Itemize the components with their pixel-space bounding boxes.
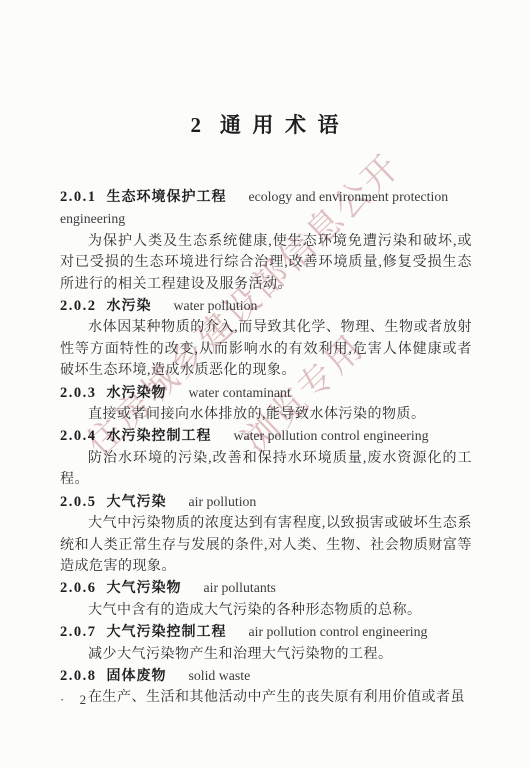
term-english: solid waste	[189, 668, 251, 683]
term-chinese: 水污染控制工程	[107, 427, 212, 443]
term-english: air pollutants	[204, 580, 276, 595]
terms-body: 2.0.1生态环境保护工程ecology and environment pro…	[60, 186, 472, 709]
chapter-number: 2	[190, 113, 201, 137]
term-section-2-0-4: 2.0.4水污染控制工程water pollution control engi…	[60, 425, 472, 490]
term-definition: 为保护人类及生态系统健康,使生态环境免遭污染和破坏,或对已受损的生态环境进行综合…	[60, 231, 472, 295]
term-definition: 直接或者间接向水体排放的,能导致水体污染的物质。	[60, 404, 472, 425]
term-heading: 2.0.8固体废物solid waste	[60, 665, 472, 687]
term-number: 2.0.3	[60, 385, 97, 401]
term-definition: 减少大气污染物产生和治理大气污染物的工程。	[60, 644, 472, 665]
term-heading: 2.0.2水污染water pollution	[60, 295, 472, 317]
term-chinese: 水污染	[107, 297, 152, 313]
term-english: air pollution control engineering	[249, 624, 428, 639]
term-heading: 2.0.4水污染控制工程water pollution control engi…	[60, 425, 472, 447]
term-english: water contaminant	[189, 385, 291, 400]
term-number: 2.0.8	[60, 668, 97, 684]
term-heading: 2.0.5大气污染air pollution	[60, 491, 472, 513]
term-chinese: 固体废物	[107, 667, 167, 683]
term-definition: 大气中污染物质的浓度达到有害程度,以致损害或破坏生态系统和人类正常生存与发展的条…	[60, 513, 472, 577]
term-section-2-0-3: 2.0.3水污染物water contaminant 直接或者间接向水体排放的,…	[60, 382, 472, 426]
term-english: air pollution	[189, 494, 257, 509]
term-section-2-0-7: 2.0.7大气污染控制工程air pollution control engin…	[60, 621, 472, 665]
term-section-2-0-6: 2.0.6大气污染物air pollutants 大气中含有的造成大气污染的各种…	[60, 577, 472, 621]
term-number: 2.0.5	[60, 494, 97, 510]
term-section-2-0-2: 2.0.2水污染water pollution 水体因某种物质的介入,而导致其化…	[60, 295, 472, 382]
term-english: water pollution	[174, 298, 258, 313]
term-chinese: 大气污染控制工程	[107, 623, 227, 639]
term-definition: 水体因某种物质的介入,而导致其化学、物理、生物或者放射性等方面特性的改变,从而影…	[60, 317, 472, 381]
term-chinese: 大气污染物	[107, 579, 182, 595]
term-number: 2.0.2	[60, 298, 97, 314]
term-section-2-0-8: 2.0.8固体废物solid waste 在生产、生活和其他活动中产生的丧失原有…	[60, 665, 472, 709]
term-chinese: 水污染物	[107, 384, 167, 400]
term-number: 2.0.7	[60, 624, 97, 640]
term-definition: 在生产、生活和其他活动中产生的丧失原有利用价值或者虽	[60, 687, 472, 708]
term-heading: 2.0.1生态环境保护工程ecology and environment pro…	[60, 186, 472, 231]
chapter-title-text: 通用术语	[220, 113, 350, 137]
term-heading: 2.0.6大气污染物air pollutants	[60, 577, 472, 599]
term-definition: 大气中含有的造成大气污染的各种形态物质的总称。	[60, 600, 472, 621]
term-section-2-0-1: 2.0.1生态环境保护工程ecology and environment pro…	[60, 186, 472, 295]
term-definition: 防治水环境的污染,改善和保持水环境质量,废水资源化的工程。	[60, 448, 472, 491]
term-english: water pollution control engineering	[234, 428, 429, 443]
term-number: 2.0.6	[60, 580, 97, 596]
term-chinese: 生态环境保护工程	[107, 188, 227, 204]
term-heading: 2.0.3水污染物water contaminant	[60, 382, 472, 404]
term-number: 2.0.4	[60, 428, 97, 444]
term-number: 2.0.1	[60, 189, 97, 205]
page-number: · 2 ·	[60, 692, 112, 708]
term-section-2-0-5: 2.0.5大气污染air pollution 大气中污染物质的浓度达到有害程度,…	[60, 491, 472, 578]
document-page: 住房城乡建设部信息公开 浏览专用 2通用术语 2.0.1生态环境保护工程ecol…	[0, 0, 529, 768]
chapter-title: 2通用术语	[0, 0, 529, 140]
term-heading: 2.0.7大气污染控制工程air pollution control engin…	[60, 621, 472, 643]
term-chinese: 大气污染	[107, 493, 167, 509]
